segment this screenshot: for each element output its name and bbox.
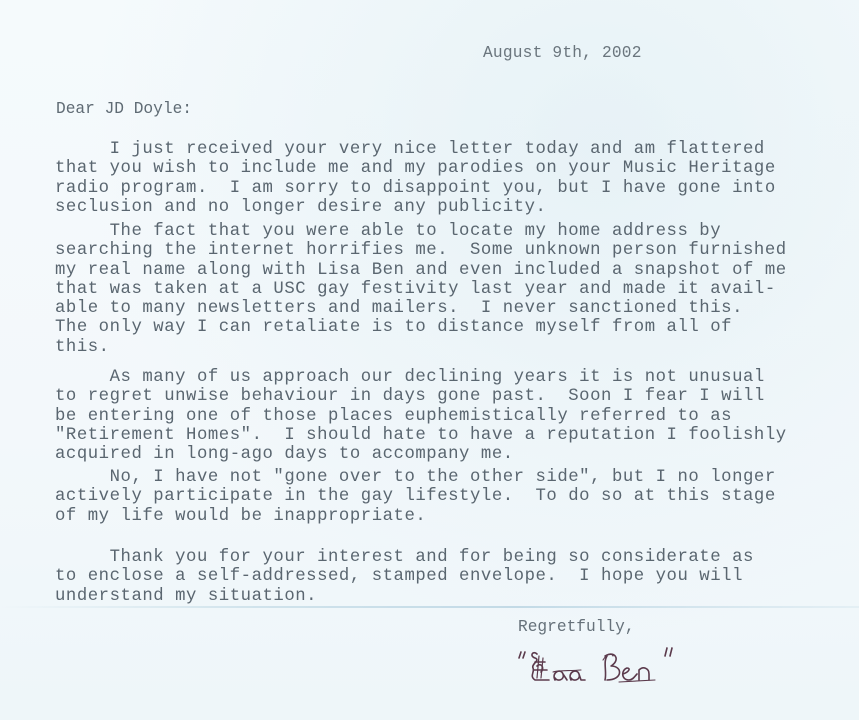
signature-scribble-icon xyxy=(515,642,695,692)
letter-closing: Regretfully, xyxy=(518,618,635,636)
text-line: that was taken at a USC gay festivity la… xyxy=(55,280,787,299)
text-line: Thank you for your interest and for bein… xyxy=(55,548,754,567)
text-line: No, I have not "gone over to the other s… xyxy=(55,468,776,487)
paper-fold-line xyxy=(0,606,859,608)
text-line: to regret unwise behaviour in days gone … xyxy=(55,387,787,406)
letter-salutation: Dear JD Doyle: xyxy=(56,100,192,118)
text-line: The only way I can retaliate is to dista… xyxy=(55,318,787,337)
text-line: As many of us approach our declining yea… xyxy=(55,368,787,387)
text-line: that you wish to include me and my parod… xyxy=(55,159,776,178)
text-line: my real name along with Lisa Ben and eve… xyxy=(55,261,787,280)
text-line: I just received your very nice letter to… xyxy=(55,140,776,159)
paragraph-2: The fact that you were able to locate my… xyxy=(55,222,787,357)
handwritten-signature: "Lisa Ben" xyxy=(515,642,695,692)
text-line: understand my situation. xyxy=(55,587,754,606)
paragraph-3: As many of us approach our declining yea… xyxy=(55,368,787,464)
text-line: able to many newsletters and mailers. I … xyxy=(55,299,787,318)
text-line: of my life would be inappropriate. xyxy=(55,507,776,526)
paragraph-5: Thank you for your interest and for bein… xyxy=(55,548,754,606)
text-line: The fact that you were able to locate my… xyxy=(55,222,787,241)
text-line: acquired in long-ago days to accompany m… xyxy=(55,445,787,464)
text-line: seclusion and no longer desire any publi… xyxy=(55,198,776,217)
paragraph-1: I just received your very nice letter to… xyxy=(55,140,776,217)
text-line: this. xyxy=(55,338,787,357)
letter-date: August 9th, 2002 xyxy=(483,44,642,62)
text-line: "Retirement Homes". I should hate to hav… xyxy=(55,426,787,445)
text-line: searching the internet horrifies me. Som… xyxy=(55,241,787,260)
text-line: to enclose a self-addressed, stamped env… xyxy=(55,567,754,586)
text-line: actively participate in the gay lifestyl… xyxy=(55,487,776,506)
text-line: be entering one of those places euphemis… xyxy=(55,407,787,426)
text-line: radio program. I am sorry to disappoint … xyxy=(55,179,776,198)
paragraph-4: No, I have not "gone over to the other s… xyxy=(55,468,776,526)
